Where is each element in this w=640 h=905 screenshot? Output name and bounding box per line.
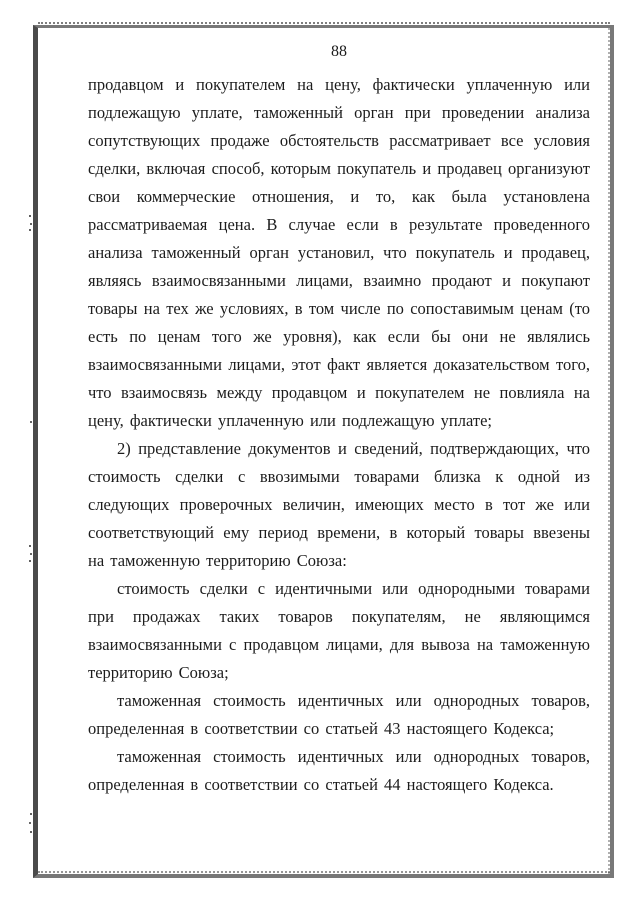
paragraph: стоимость сделки с идентичными или однор…	[88, 575, 590, 687]
frame-right-speckle	[608, 28, 610, 874]
page-border-frame: 88 продавцом и покупателем на цену, факт…	[33, 25, 614, 878]
paragraph: 2) представление документов и сведений, …	[88, 435, 590, 575]
paragraph: продавцом и покупателем на цену, фактиче…	[88, 71, 590, 435]
frame-top-speckle	[38, 22, 610, 24]
paragraph: таможенная стоимость идентичных или одно…	[88, 687, 590, 743]
frame-bottom-speckle	[38, 871, 610, 873]
body-text: продавцом и покупателем на цену, фактиче…	[88, 71, 590, 799]
page-number: 88	[88, 42, 590, 62]
scan-noise-specks	[29, 215, 31, 217]
paragraph: таможенная стоимость идентичных или одно…	[88, 743, 590, 799]
page-content: 88 продавцом и покупателем на цену, факт…	[38, 28, 610, 874]
scanned-document-page: 88 продавцом и покупателем на цену, факт…	[0, 0, 640, 905]
